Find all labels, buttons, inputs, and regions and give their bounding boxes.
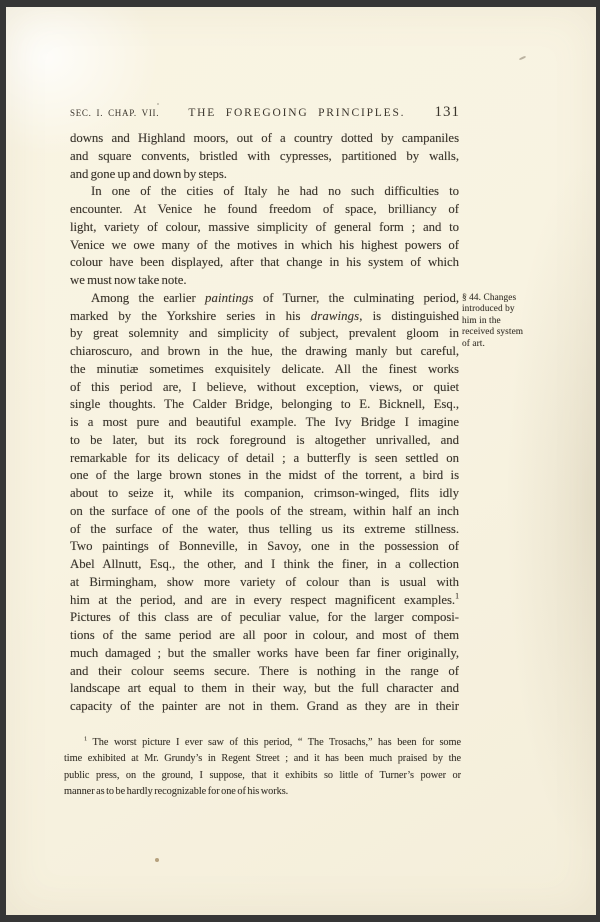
margin-note-line: introduced by	[462, 304, 558, 315]
text-line: downs and Highland moors, out of a count…	[70, 130, 459, 148]
running-header: SEC. I. CHAP. VII. THE FOREGOING PRINCIP…	[70, 104, 460, 121]
text-line: much damaged ; but the smaller works hav…	[70, 645, 459, 663]
text-line: at Birmingham, show more variety of colo…	[70, 574, 459, 592]
running-header-section: SEC. I. CHAP. VII.	[70, 108, 159, 118]
text-line: marked by the Yorkshire series in his dr…	[70, 308, 459, 326]
running-header-title: THE FOREGOING PRINCIPLES.	[159, 107, 434, 119]
paragraph: In one of the cities of Italy he had no …	[70, 183, 459, 290]
text-line: Abel Allnutt, Esq., the other, and I thi…	[70, 556, 459, 574]
text-line: encounter. At Venice he found freedom of…	[70, 201, 459, 219]
body-text: downs and Highland moors, out of a count…	[70, 130, 459, 716]
text-line: of the surface of the water, thus tellin…	[70, 521, 459, 539]
text-line: Pictures of this class are of peculiar v…	[70, 609, 459, 627]
text-line: and gone up and down by steps.	[70, 166, 459, 184]
margin-note-line: of art.	[462, 339, 558, 350]
text-line: about to seize it, while its companion, …	[70, 485, 459, 503]
text-line: Venice we owe many of the motives in whi…	[70, 237, 459, 255]
footnote-line: time exhibited at Mr. Grundy’s in Regent…	[64, 751, 461, 767]
text-line: Two paintings of Bonneville, in Savoy, o…	[70, 538, 459, 556]
text-line: on the surface of one of the pools of th…	[70, 503, 459, 521]
text-line: light, variety of colour, massive simpli…	[70, 219, 459, 237]
scanned-book-page: SEC. I. CHAP. VII. THE FOREGOING PRINCIP…	[0, 0, 600, 922]
page-number: 131	[435, 104, 461, 121]
footnote: 1 The worst picture I ever saw of this p…	[64, 735, 461, 801]
footnote-line: public press, on the ground, I suppose, …	[64, 768, 461, 784]
text-line: and their colour seems secure. There is …	[70, 663, 459, 681]
footnote-line: manner as to be hardly recognizable for …	[64, 784, 461, 800]
text-line: is a most pure and beautiful example. Th…	[70, 414, 459, 432]
scan-speck	[519, 56, 526, 61]
margin-note-line: him in the	[462, 316, 558, 327]
text-line: Among the earlier paintings of Turner, t…	[70, 290, 459, 308]
margin-note-line: received system	[462, 327, 558, 338]
text-line: of this period are, I believe, without e…	[70, 379, 459, 397]
text-line: to be later, but its rock foreground is …	[70, 432, 459, 450]
text-line: and square convents, bristled with cypre…	[70, 148, 459, 166]
text-line: In one of the cities of Italy he had no …	[70, 183, 459, 201]
paragraph: Among the earlier paintings of Turner, t…	[70, 290, 459, 716]
text-line: by great solemnity and simplicity of sub…	[70, 325, 459, 343]
paragraph: downs and Highland moors, out of a count…	[70, 130, 459, 183]
text-line: tions of the same period are all poor in…	[70, 627, 459, 645]
text-line: single thoughts. The Calder Bridge, belo…	[70, 396, 459, 414]
footnote-line: 1 The worst picture I ever saw of this p…	[64, 735, 461, 751]
text-line: remarkable for its delicacy of detail ; …	[70, 450, 459, 468]
text-line: chiaroscuro, and brown in the hue, the d…	[70, 343, 459, 361]
text-line: the minutiæ sometimes exquisitely delica…	[70, 361, 459, 379]
text-line: we must now take note.	[70, 272, 459, 290]
scan-speck	[157, 103, 159, 105]
margin-note: § 44. Changesintroduced byhim in therece…	[462, 293, 558, 350]
scan-speck	[155, 858, 159, 862]
text-line: colour have been displayed, after that c…	[70, 254, 459, 272]
text-line: landscape art equal to them in their way…	[70, 680, 459, 698]
text-line: one of the large brown stones in the mid…	[70, 467, 459, 485]
text-line: him at the period, and are in every resp…	[70, 592, 459, 610]
margin-note-line: § 44. Changes	[462, 293, 558, 304]
text-line: capacity of the painter are not in them.…	[70, 698, 459, 716]
scan-speck	[464, 294, 467, 296]
